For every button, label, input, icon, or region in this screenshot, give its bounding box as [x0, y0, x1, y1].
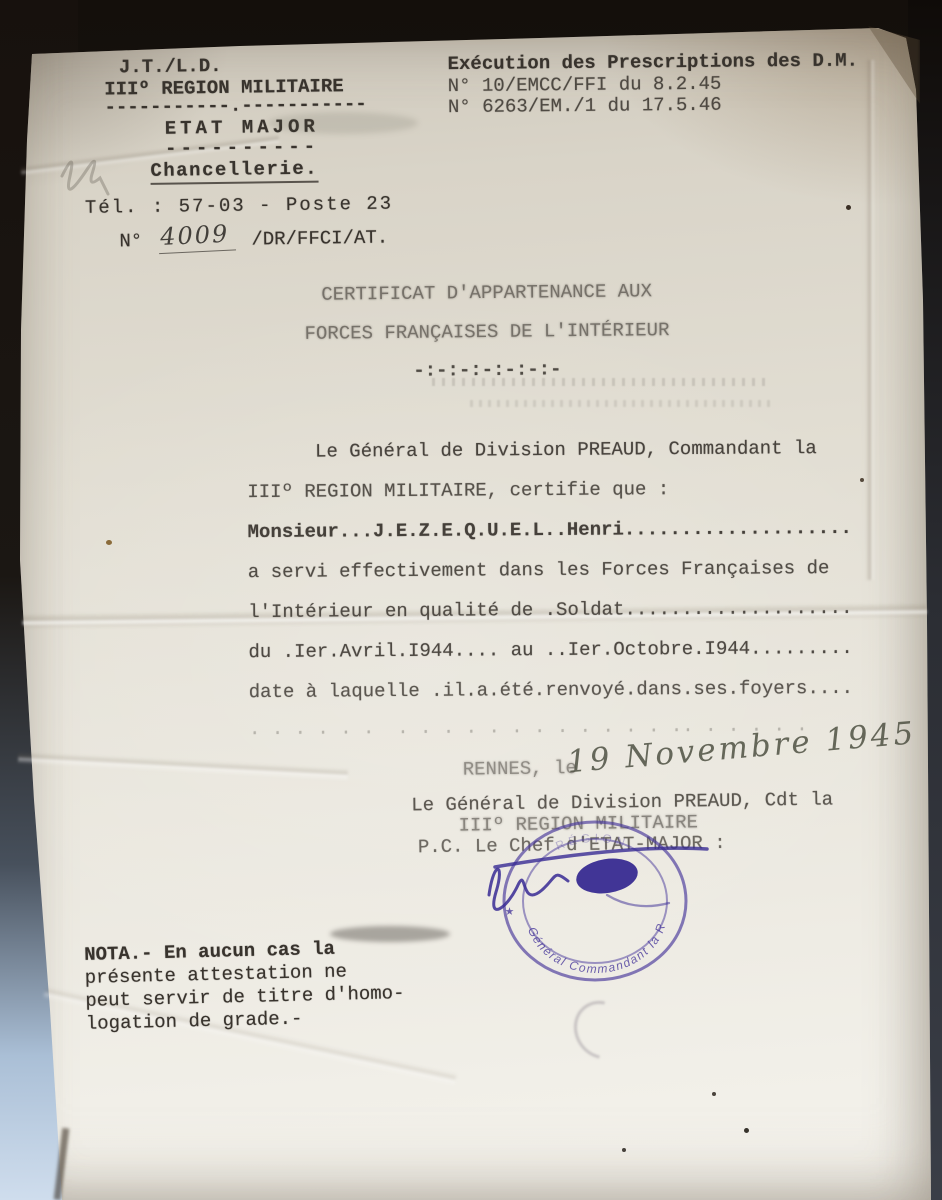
stamp-outer-ring [504, 822, 686, 980]
paper-speck [846, 205, 851, 210]
nota-block: NOTA.- En aucun cas la présente attestat… [84, 936, 405, 1036]
dm-ref-2: N° 6263/EM./1 du 17.5.46 [448, 94, 722, 118]
paper-speck [860, 478, 864, 482]
body-line-5: l'Intérieur en qualité de .Soldat.......… [248, 588, 853, 632]
body-line-1: Le Général de Division PREAUD, Commandan… [247, 428, 852, 472]
scanned-certificate-photo: J.T./L.D. IIIº REGION MILITAIRE --------… [0, 0, 942, 1200]
certificate-body: Le Général de Division PREAUD, Commandan… [247, 428, 853, 746]
bleedthrough-marks [432, 378, 772, 386]
paper-speck [622, 1148, 626, 1152]
title-line-2: FORCES FRANÇAISES DE L'INTÉRIEUR [247, 318, 727, 345]
paper-speck [712, 1092, 716, 1096]
paper-speck [744, 1128, 749, 1133]
number-suffix: /DR/FFCI/AT. [251, 227, 388, 251]
number-label: N° [119, 230, 142, 252]
body-line-6: du .Ier.Avril.I944.... au ..Ier.Octobre.… [248, 628, 853, 672]
ink-smudge-header [268, 112, 418, 134]
pencil-scribble [48, 132, 138, 208]
divider-dashes-short: ---------- [165, 136, 319, 160]
body-line-4: a servi effectivement dans les Forces Fr… [248, 548, 853, 592]
paper-speck [106, 540, 112, 545]
ink-smudge-nota [330, 926, 450, 942]
body-line-7: date à laquelle .il.a.été.renvoyé.dans.s… [249, 668, 854, 712]
office-label: Chancellerie. [150, 158, 318, 185]
reference-initials: J.T./L.D. [119, 55, 222, 78]
signature-scrawl [489, 848, 707, 909]
body-line-3: Monsieur...J.E.Z.E.Q.U.E.L..Henri.......… [247, 508, 852, 552]
bleedthrough-marks [470, 400, 770, 407]
body-line-2: IIIº REGION MILITAIRE, certifie que : [247, 468, 852, 512]
number-handwritten: 4009 [158, 219, 237, 254]
document-title: CERTIFICAT D'APPARTENANCE AUX FORCES FRA… [246, 279, 727, 383]
stamp-star-icon: ★ [505, 903, 514, 920]
execution-line: Exécution des Prescriptions des D.M. [447, 50, 858, 76]
title-line-1: CERTIFICAT D'APPARTENANCE AUX [246, 279, 726, 306]
